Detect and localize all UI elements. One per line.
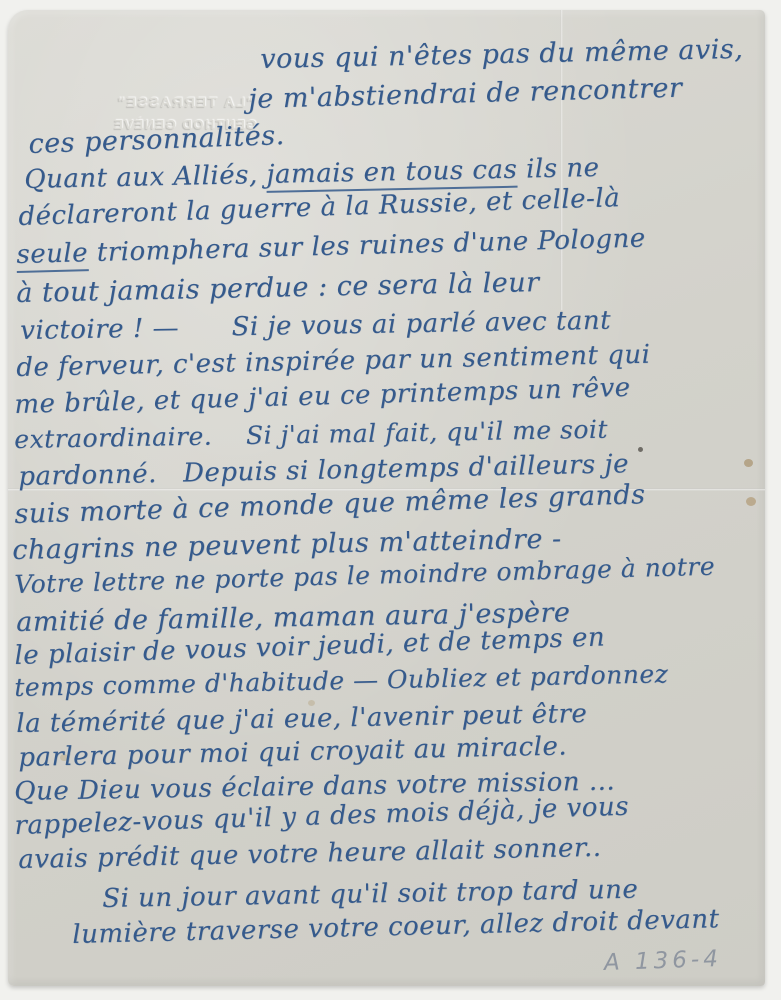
archive-number: A 136-4 [604, 946, 723, 976]
text-segment: ces personnalités. [28, 120, 285, 160]
text-segment: je m'abstiendrai de rencontrer [248, 73, 683, 115]
letter-paper: "LA TERRASSE" GENTHOD GENÈVE vous qui n'… [8, 10, 765, 986]
ink-speck [638, 447, 643, 452]
letter-line: ces personnalités. [28, 120, 285, 160]
letter-line: avais prédit que votre heure allait sonn… [18, 833, 602, 875]
text-segment: à tout jamais perdue : ce sera là leur [16, 267, 540, 309]
text-segment: parlera pour moi qui croyait au miracle. [18, 732, 567, 773]
letter-line: vous qui n'êtes pas du même avis, [260, 34, 744, 75]
text-segment: vous qui n'êtes pas du même avis, [260, 34, 744, 75]
letter-line: extraordinaire. Si j'ai mal fait, qu'il … [14, 415, 608, 454]
letter-line: à tout jamais perdue : ce sera là leur [16, 267, 540, 309]
text-segment: avais prédit que votre heure allait sonn… [18, 833, 602, 875]
foxing-spot [746, 497, 756, 506]
letter-line: je m'abstiendrai de rencontrer [248, 73, 683, 115]
underlined-text: seule [16, 238, 89, 273]
text-segment: victoire ! — Si je vous ai parlé avec ta… [20, 306, 611, 346]
text-segment: ils ne [517, 153, 600, 185]
foxing-spot [744, 459, 753, 467]
letter-line: victoire ! — Si je vous ai parlé avec ta… [20, 306, 611, 346]
letter-line: seule triomphera sur les ruines d'une Po… [16, 224, 646, 270]
text-segment: extraordinaire. Si j'ai mal fait, qu'il … [14, 415, 608, 454]
letter-line: parlera pour moi qui croyait au miracle. [18, 732, 567, 773]
text-segment: Quant aux Alliés, [24, 160, 267, 195]
